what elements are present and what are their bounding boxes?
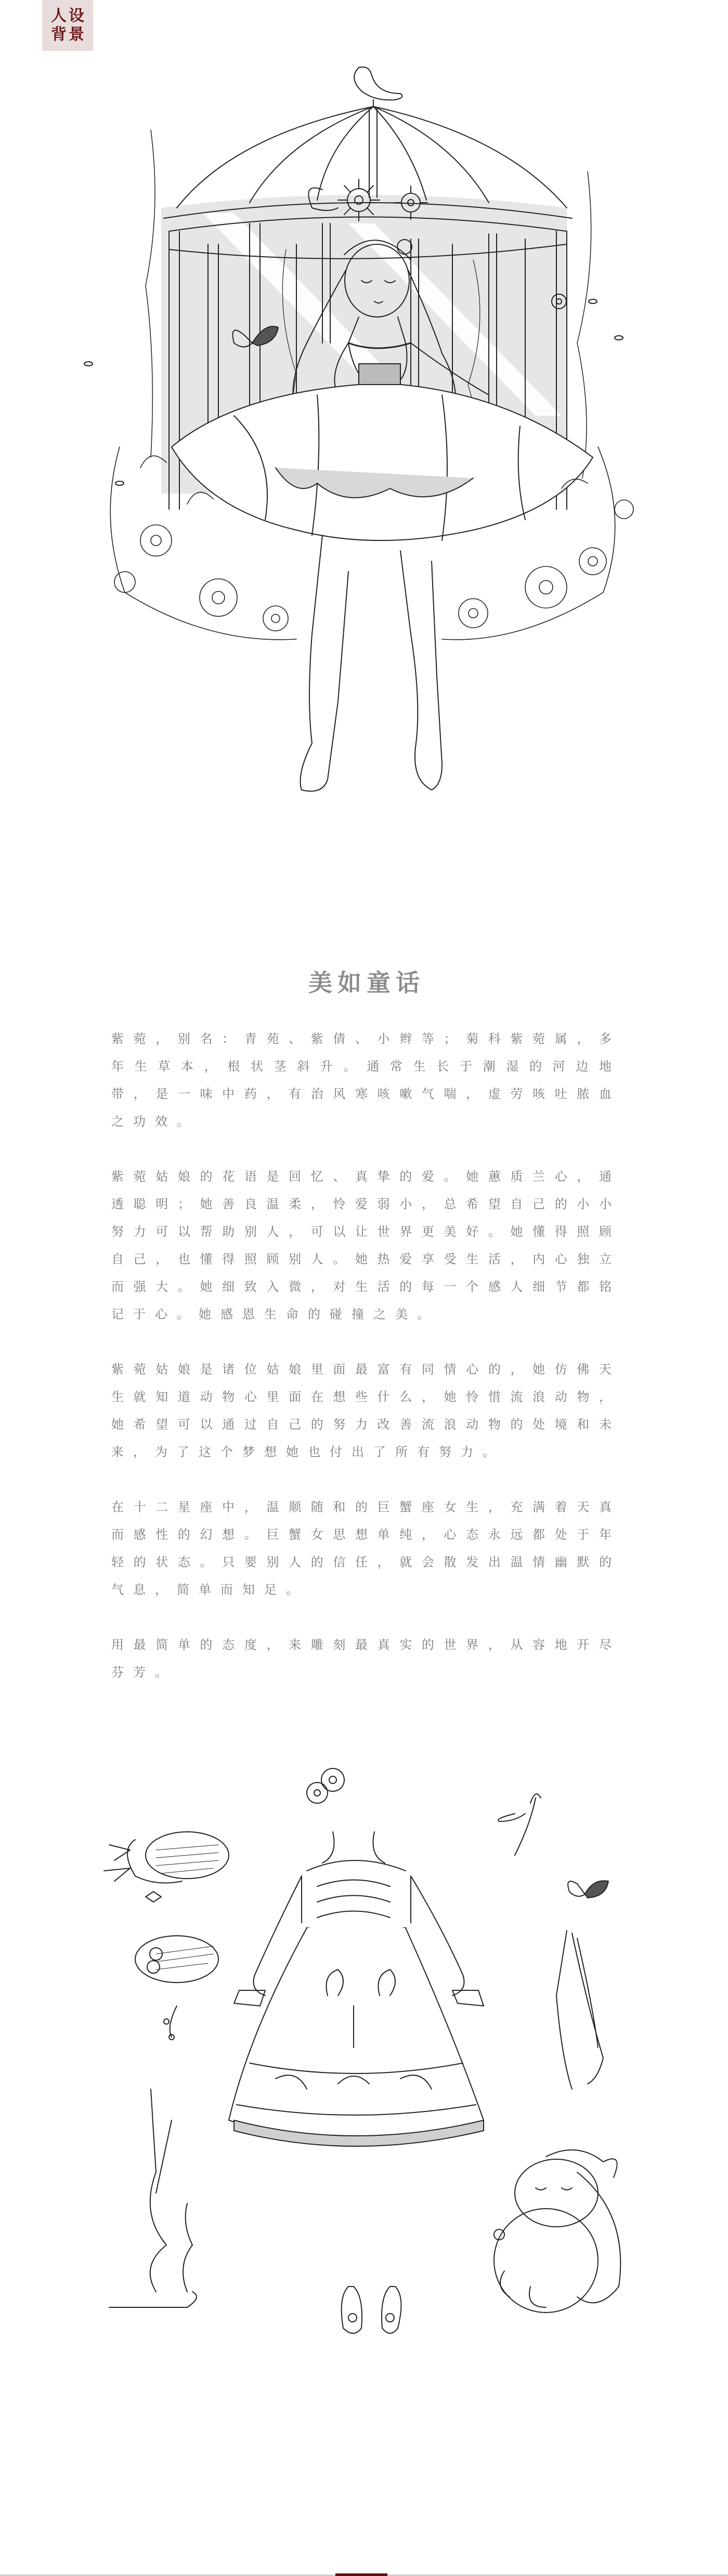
ribbon-left-icon [109, 2089, 197, 2307]
footer-accent-bar [335, 2573, 387, 2576]
badge-line-2: 背景 [49, 25, 86, 44]
illustration-girl-birdcage [78, 52, 650, 935]
bird-icon [354, 67, 402, 107]
paragraph-2: 紫菀姑娘的花语是回忆、真挚的爱。她蕙质兰心，通透聪明；她善良温柔，怜爱弱小，总希… [111, 1163, 621, 1328]
paragraph-5: 用最简单的态度，来雕刻最真实的世界，从容地开尽芬芳。 [111, 1631, 621, 1686]
leaf-sprig-icon [498, 1794, 541, 1855]
hair-clip-icon [135, 1936, 218, 1983]
paragraph-3: 紫菀姑娘是诸位姑娘里面最富有同情心的，她仿佛天生就知道动物心里面在想些什么，她怜… [111, 1356, 621, 1466]
daisy-pair-icon [307, 1768, 344, 1803]
character-background-text: 紫菀，别名：青苑、紫倩、小辫等；菊科紫菀属，多年生草本，根状茎斜升。通常生长于潮… [111, 1025, 621, 1686]
dress-icon [229, 1832, 484, 2146]
slippers-icon [342, 2287, 401, 2333]
small-bow-icon [146, 1892, 161, 1902]
paragraph-4: 在十二星座中，温顺随和的巨蟹座女生，充满着天真而感性的幻想。巨蟹女思想单纯，心态… [111, 1494, 621, 1604]
section-title: 美如童话 [0, 968, 728, 998]
paragraph-1: 紫菀，别名：青苑、紫倩、小辫等；菊科紫菀属，多年生草本，根状茎斜升。通常生长于潮… [111, 1025, 621, 1135]
plush-bunny-icon [494, 2150, 620, 2313]
ribbon-right-icon [556, 1931, 603, 2089]
illustration-outfit-flatlay [78, 1746, 650, 2526]
badge-line-1: 人设 [49, 7, 86, 25]
bonnet-icon [104, 1832, 229, 1902]
petal-icon [84, 362, 93, 366]
feather-icon [170, 2006, 177, 2037]
section-badge: 人设 背景 [42, 0, 93, 51]
butterfly-icon [568, 1881, 608, 1898]
